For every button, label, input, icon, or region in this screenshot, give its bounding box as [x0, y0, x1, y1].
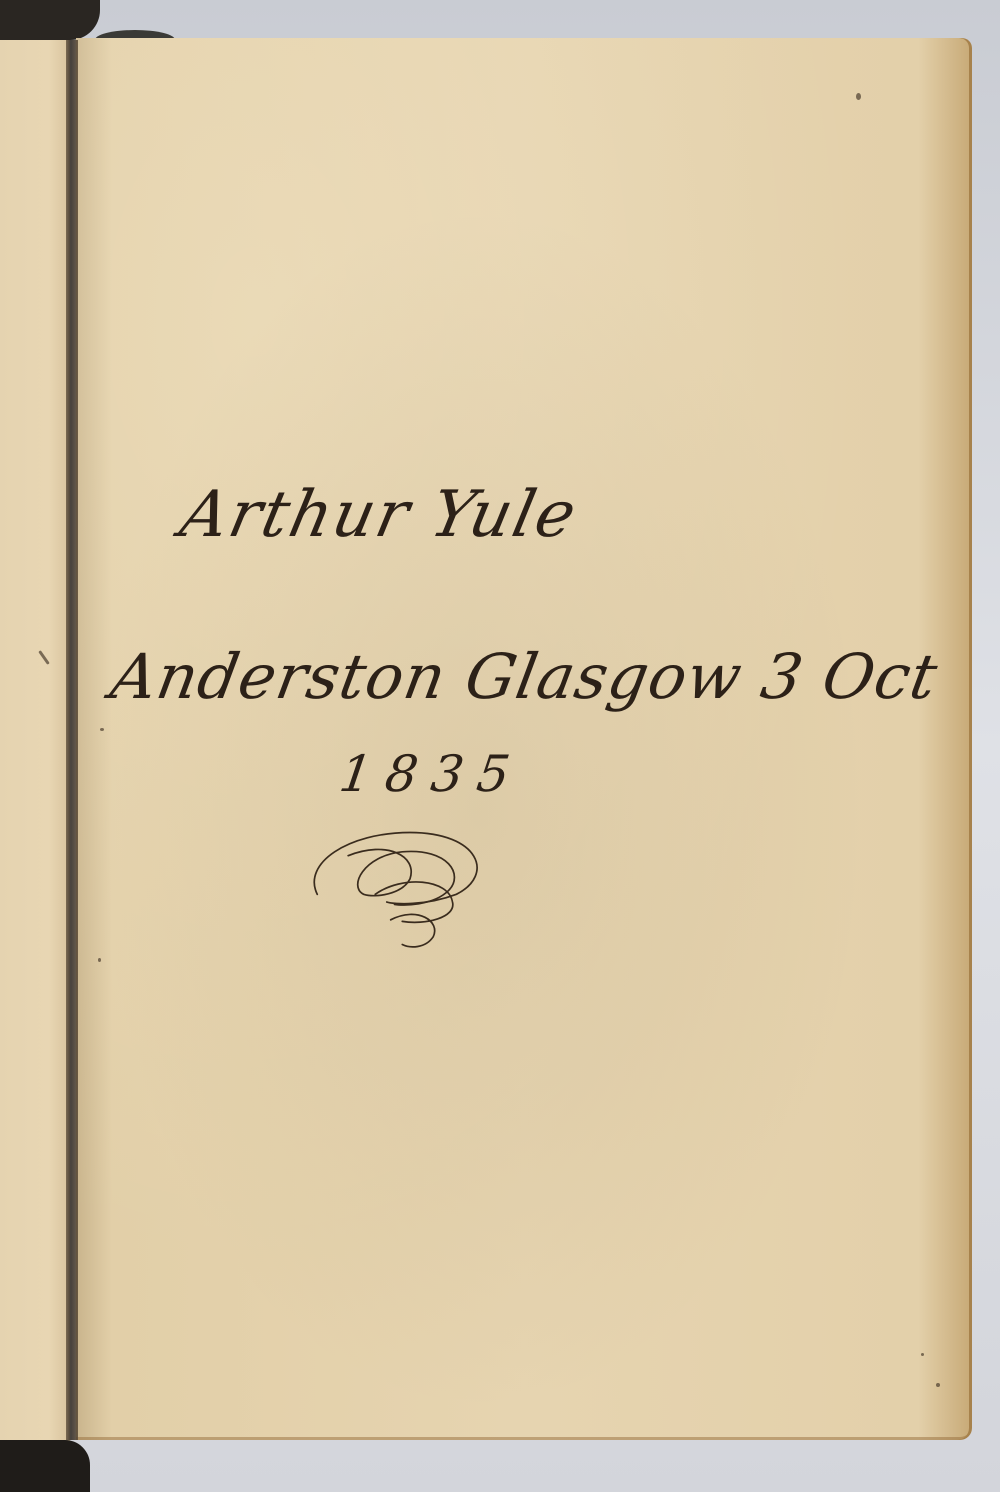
book-cover-top-edge — [0, 0, 100, 40]
foxing-spot — [936, 1383, 940, 1387]
book-gutter — [66, 40, 78, 1440]
foxing-spot — [98, 958, 101, 962]
book-cover-bottom-edge — [0, 1440, 90, 1492]
foxing-spot — [100, 728, 104, 731]
foxing-spot — [856, 93, 861, 100]
foxing-spot — [921, 1353, 924, 1356]
flyleaf-page — [76, 38, 972, 1440]
left-page — [0, 8, 70, 1468]
